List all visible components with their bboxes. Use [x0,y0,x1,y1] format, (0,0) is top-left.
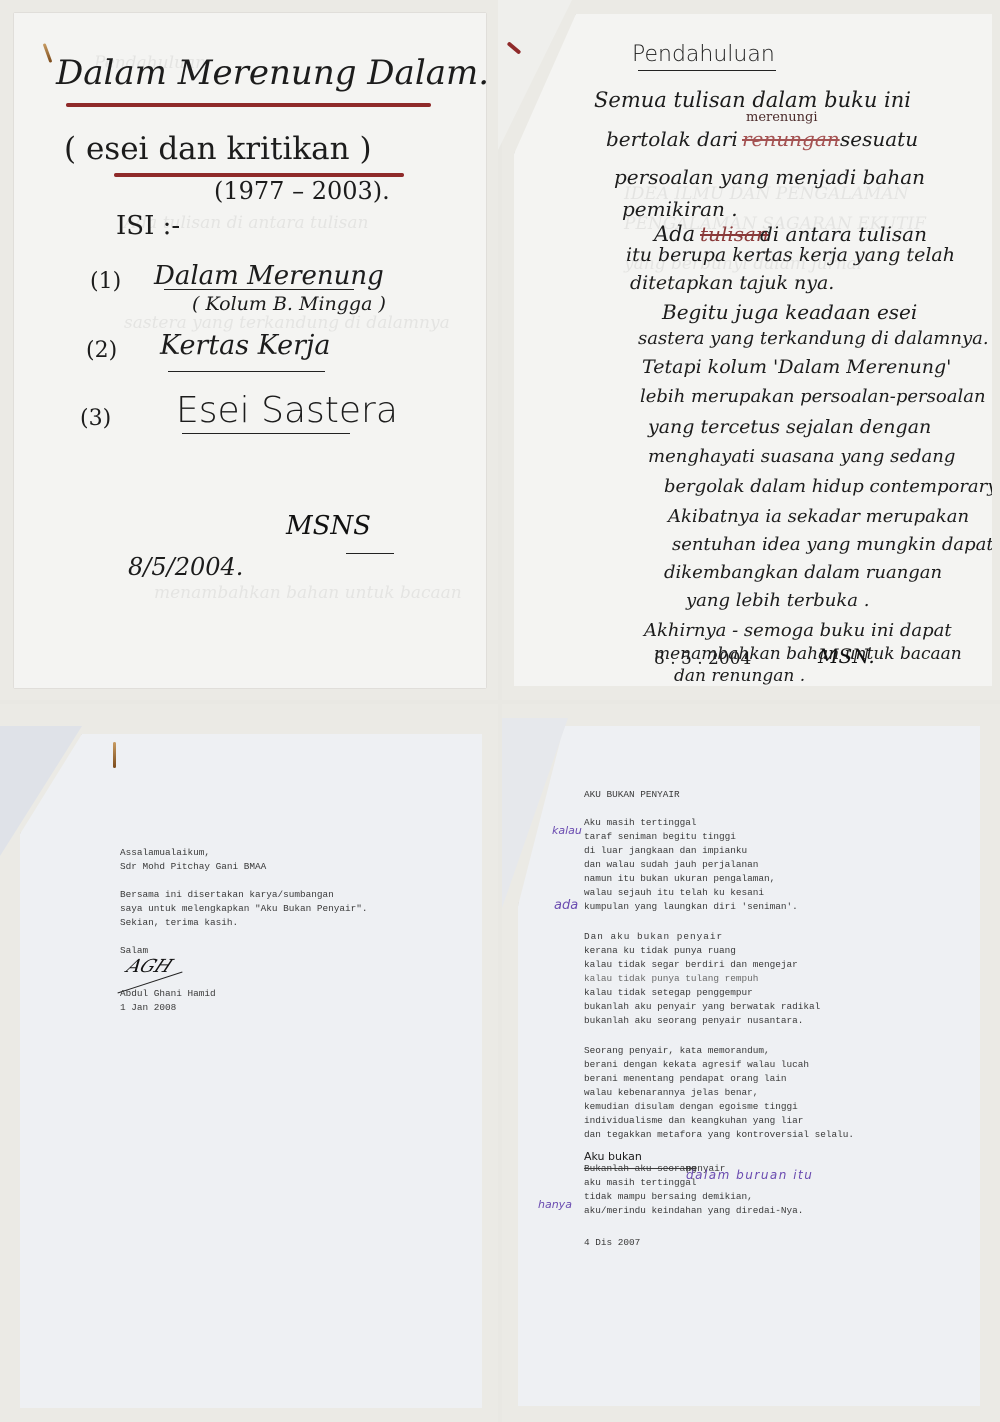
text-line: itu berupa kertas kerja yang telah [626,244,955,266]
poem-line: kalau tidak punya tulang rempuh [584,972,758,986]
panel-introduction-page: IDEA ILMU DAN PENGALAMAN PENGALAMAN SAGA… [502,0,1000,700]
staple [113,742,116,768]
poem-title: AKU BUKAN PENYAIR [584,788,680,802]
text-line: Tetapi kolum 'Dalam Merenung' [642,356,951,378]
text-line: sastera yang terkandung di dalamnya. [638,328,989,349]
poem-line: dan walau sudah jauh perjalanan [584,858,758,872]
margin-note-hanya: hanya [538,1198,572,1211]
text-line: sentuhan idea yang mungkin dapat [672,534,992,555]
struck-word: tulisan [700,222,769,246]
text-line: yang tercetus sejalan dengan [648,416,931,438]
poem-line: dan tegakkan metafora yang kontroversial… [584,1128,854,1142]
poem-line: kumpulan yang laungkan diri 'seniman'. [584,900,798,914]
poem-line: aku masih tertinggal [584,1176,697,1190]
text-line: persoalan yang menjadi bahan [614,165,925,189]
correction-inserted: merenungi [746,110,818,125]
text-line: Akibatnya ia sekadar merupakan [668,506,969,527]
sender-name: Abdul Ghani Hamid [120,987,216,1001]
poem-line: kalau tidak segar berdiri dan mengejar [584,958,798,972]
text-line: Ada [654,222,695,246]
text-line: Akhirnya - semoga buku ini dapat [644,620,952,641]
item-1-number: (1) [90,269,121,294]
struck-text: Bukanlah aku seorang [584,1162,697,1176]
item-2-number: (2) [86,338,117,363]
typed-letter-page [20,734,482,1408]
item-3-number: (3) [80,406,111,431]
title: Dalam Merenung Dalam... [56,53,486,93]
text-line: dikembangkan dalam ruangan [664,562,942,583]
poem-line: Dan aku bukan penyair [584,930,723,944]
poem-line: kemudian disulam dengan egoisme tinggi [584,1100,798,1114]
poem-line: walau kebenarannya jelas benar, [584,1086,758,1100]
poem-line: bukanlah aku seorang penyair nusantara. [584,1014,803,1028]
text-line: bertolak dari [606,127,738,151]
handwritten-contents-page: Pendahuluan Ada tulisan di antara tulisa… [14,13,486,688]
poem-date: 4 Dis 2007 [584,1236,640,1250]
panel-contents-page: Pendahuluan Ada tulisan di antara tulisa… [0,0,498,700]
text-line: Begitu juga keadaan esei [662,300,917,324]
text-line: ditetapkan tajuk nya. [630,272,834,294]
staple [43,43,53,63]
text-line: pemikiran . [622,197,738,221]
text-line: Semua tulisan dalam buku ini [594,88,911,112]
title-underline [66,103,431,107]
poem-line: Seorang penyair, kata memorandum, [584,1044,770,1058]
date: 8 . 5 . 2004 [654,649,751,669]
item-3-title: Esei Sastera [176,390,398,431]
poem-line: walau sejauh itu telah ku kesani [584,886,764,900]
text-line: sesuatu [840,127,918,151]
inline-annotation: dalam buruan itu [686,1168,813,1182]
signature: MSN. [818,644,875,668]
text-line: menghayati suasana yang sedang [648,446,955,467]
text-line: dan renungan . [674,666,805,686]
poem-line: tidak mampu bersaing demikian, [584,1190,753,1204]
contents-label: ISI :- [116,211,180,241]
margin-note-kalau: kalau [552,824,582,837]
correction-struck: renungan [742,127,840,151]
poem-line: aku/merindu keindahan yang diredai-Nya. [584,1204,803,1218]
poem-line: individualisme dan keangkuhan yang liar [584,1114,803,1128]
poem-line: taraf seniman begitu tinggi [584,830,736,844]
handwritten-intro-page: IDEA ILMU DAN PENGALAMAN PENGALAMAN SAGA… [514,14,992,686]
subtitle: ( esei dan kritikan ) [64,131,372,167]
poem-line: berani menentang pendapat orang lain [584,1072,787,1086]
panel-cover-letter: Assalamualaikum, Sdr Mohd Pitchay Gani B… [0,704,498,1422]
recipient: Sdr Mohd Pitchay Gani BMAA [120,860,266,874]
margin-note-ada: ada [554,898,578,913]
poem-line: bukanlah aku penyair yang berwatak radik… [584,1000,820,1014]
body-line-3: Sekian, terima kasih. [120,916,238,930]
text-line: yang lebih terbuka . [686,590,869,611]
date: 8/5/2004. [128,553,243,581]
poem-line: namun itu bukan ukuran pengalaman, [584,872,775,886]
panel-poem: AKU BUKAN PENYAIR Aku masih tertinggal t… [502,704,1000,1422]
letter-date: 1 Jan 2008 [120,1001,176,1015]
item-1-title: Dalam Merenung [154,261,384,291]
signature: MSNS [286,511,371,541]
poem-line: berani dengan kekata agresif walau lucah [584,1058,809,1072]
years: (1977 – 2003). [214,177,390,205]
body-line-2: saya untuk melengkapkan "Aku Bukan Penya… [120,902,368,916]
item-2-title: Kertas Kerja [160,330,331,361]
poem-line: kerana ku tidak punya ruang [584,944,736,958]
poem-line: kalau tidak setegap penggempur [584,986,753,1000]
item-1-note: ( Kolum B. Mingga ) [192,293,386,315]
text-line: bergolak dalam hidup contemporary. [664,476,992,497]
text-line: di antara tulisan [760,222,927,246]
heading: Pendahuluan [632,42,775,67]
body-line-1: Bersama ini disertakan karya/sumbangan [120,888,334,902]
poem-line: Aku masih tertinggal [584,816,697,830]
poem-line: di luar jangkaan dan impianku [584,844,747,858]
text-line: lebih merupakan persoalan-persoalan [640,386,986,407]
greeting: Assalamualaikum, [120,846,210,860]
